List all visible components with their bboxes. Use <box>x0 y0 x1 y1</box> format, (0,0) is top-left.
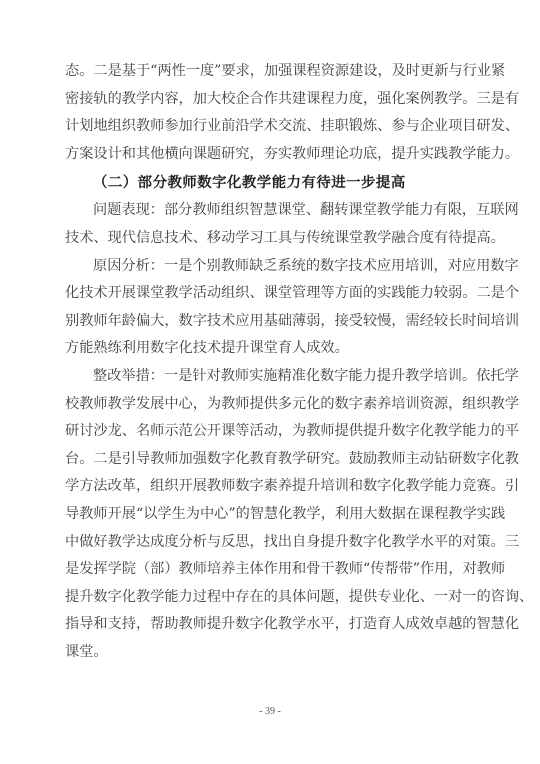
text-line: 指导和支持，帮助教师提升数字化教学水平，打造育人成效卓越的智慧化 <box>65 611 477 639</box>
text-line: 密接轨的教学内容，加大校企合作共建课程力度，强化案例教学。三是有 <box>65 86 477 114</box>
document-page: 态。二是基于“两性一度”要求，加强课程资源建设，及时更新与行业紧 密接轨的教学内… <box>65 58 477 666</box>
text-line: 是发挥学院（部）教师培养主体作用和骨干教师“传帮带”作用，对教师 <box>65 556 477 584</box>
paragraph-cause: 原因分析：一是个别教师缺乏系统的数字技术应用培训，对应用数字 化技术开展课堂教学… <box>65 253 477 363</box>
text-line: 导教师开展“以学生为中心”的智慧化教学，利用大数据在课程教学实践 <box>65 501 477 529</box>
text-line: 台。二是引导教师加强数字化教育教学研究。鼓励教师主动钻研数字化教 <box>65 446 477 474</box>
text-line: 计划地组织教师参加行业前沿学术交流、挂职锻炼、参与企业项目研发、 <box>65 113 477 141</box>
text-line: 提升数字化教学能力过程中存在的具体问题，提供专业化、一对一的咨询、 <box>65 584 477 612</box>
text-line: 校教师教学发展中心，为教师提供多元化的数字素养培训资源，组织教学 <box>65 391 477 419</box>
text-line: 态。二是基于“两性一度”要求，加强课程资源建设，及时更新与行业紧 <box>65 58 477 86</box>
text-line: 方能熟练利用数字化技术提升课堂育人成效。 <box>65 335 477 363</box>
text-line: 化技术开展课堂教学活动组织、课堂管理等方面的实践能力较弱。二是个 <box>65 280 477 308</box>
paragraph-measures: 整改举措：一是针对教师实施精准化数字能力提升教学培训。依托学 校教师教学发展中心… <box>65 363 477 667</box>
section-heading: （二）部分教师数字化教学能力有待进一步提高 <box>65 168 477 197</box>
page-number: - 39 - <box>0 706 540 717</box>
text-line: 课堂。 <box>65 639 477 667</box>
text-line: 别教师年龄偏大，数字技术应用基础薄弱，接受较慢，需经较长时间培训 <box>65 308 477 336</box>
text-line: 中做好教学达成度分析与反思，找出自身提升数字化教学水平的对策。三 <box>65 529 477 557</box>
text-line: 学方法改革，组织开展教师数字素养提升培训和数字化教学能力竞赛。引 <box>65 473 477 501</box>
text-line: 方案设计和其他横向课题研究，夯实教师理论功底，提升实践教学能力。 <box>65 141 477 169</box>
text-line: 整改举措：一是针对教师实施精准化数字能力提升教学培训。依托学 <box>65 363 477 391</box>
text-line: 原因分析：一是个别教师缺乏系统的数字技术应用培训，对应用数字 <box>65 253 477 281</box>
text-line: 技术、现代信息技术、移动学习工具与传统课堂教学融合度有待提高。 <box>65 225 477 253</box>
text-line: 问题表现：部分教师组织智慧课堂、翻转课堂教学能力有限，互联网 <box>65 197 477 225</box>
text-line: 研讨沙龙、名师示范公开课等活动，为教师提供提升数字化教学能力的平 <box>65 418 477 446</box>
paragraph-problem: 问题表现：部分教师组织智慧课堂、翻转课堂教学能力有限，互联网 技术、现代信息技术… <box>65 197 477 252</box>
paragraph-continuation: 态。二是基于“两性一度”要求，加强课程资源建设，及时更新与行业紧 密接轨的教学内… <box>65 58 477 168</box>
